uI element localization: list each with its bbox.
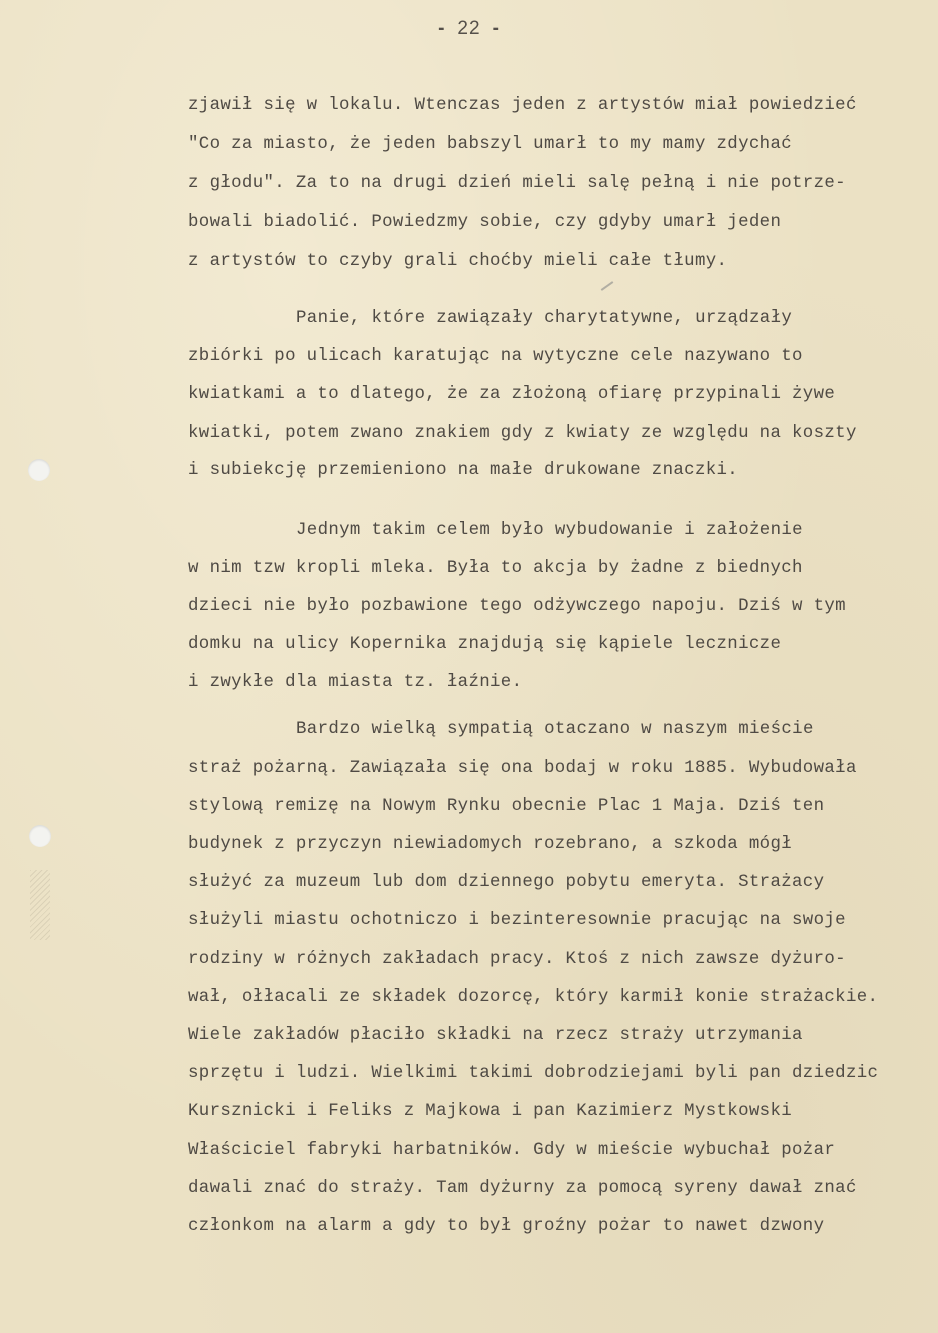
text-line: i zwykłe dla miasta tz. łaźnie. — [188, 673, 522, 692]
typewritten-page: -22- zjawił się w lokalu. Wtenczas jeden… — [0, 0, 938, 1333]
text-line: rodziny w różnych zakładach pracy. Ktoś … — [188, 950, 846, 969]
text-line: Panie, które zawiązały charytatywne, urz… — [296, 309, 792, 328]
punch-hole-top — [28, 459, 50, 481]
text-line: służyli miastu ochotniczo i bezinteresow… — [188, 911, 846, 930]
text-line: z artystów to czyby grali choćby mieli c… — [188, 252, 727, 271]
text-line: z głodu". Za to na drugi dzień mieli sal… — [188, 174, 846, 193]
page-number-dash-right: - — [493, 18, 500, 39]
page-number: -22- — [0, 18, 938, 40]
page-number-dash-left: - — [438, 18, 445, 39]
text-line: sprzętu i ludzi. Wielkimi takimi dobrodz… — [188, 1064, 878, 1083]
text-line: wał, ołłacali ze składek dozorcę, który … — [188, 988, 878, 1007]
text-line: Jednym takim celem było wybudowanie i za… — [296, 521, 803, 540]
text-line: dzieci nie było pozbawione tego odżywcze… — [188, 597, 846, 616]
text-line: członkom na alarm a gdy to był groźny po… — [188, 1217, 824, 1236]
text-line: budynek z przyczyn niewiadomych rozebran… — [188, 835, 792, 854]
page-number-value: 22 — [457, 18, 480, 39]
text-line: domku na ulicy Kopernika znajdują się ką… — [188, 635, 781, 654]
text-line: zjawił się w lokalu. Wtenczas jeden z ar… — [188, 96, 857, 115]
text-line: Bardzo wielką sympatią otaczano w naszym… — [296, 720, 814, 739]
pencil-mark — [601, 281, 614, 291]
text-line: stylową remizę na Nowym Rynku obecnie Pl… — [188, 797, 824, 816]
text-line: zbiórki po ulicach karatując na wytyczne… — [188, 347, 803, 366]
text-line: Kursznicki i Feliks z Majkowa i pan Kazi… — [188, 1102, 792, 1121]
text-line: kwiatkami a to dlatego, że za złożoną of… — [188, 385, 835, 404]
punch-hole-bottom — [29, 825, 51, 847]
text-line: i subiekcję przemieniono na małe drukowa… — [188, 461, 738, 480]
text-line: "Co za miasto, że jeden babszyl umarł to… — [188, 135, 792, 154]
text-line: straż pożarną. Zawiązała się ona bodaj w… — [188, 759, 857, 778]
text-line: w nim tzw kropli mleka. Była to akcja by… — [188, 559, 803, 578]
text-line: Właściciel fabryki harbatników. Gdy w mi… — [188, 1141, 835, 1160]
text-line: kwiatki, potem zwano znakiem gdy z kwiat… — [188, 424, 857, 443]
text-line: służyć za muzeum lub dom dziennego pobyt… — [188, 873, 824, 892]
text-line: Wiele zakładów płaciło składki na rzecz … — [188, 1026, 803, 1045]
text-line: dawali znać do straży. Tam dyżurny za po… — [188, 1179, 857, 1198]
text-line: bowali biadolić. Powiedzmy sobie, czy gd… — [188, 213, 781, 232]
paper-wear-mark — [30, 870, 50, 940]
